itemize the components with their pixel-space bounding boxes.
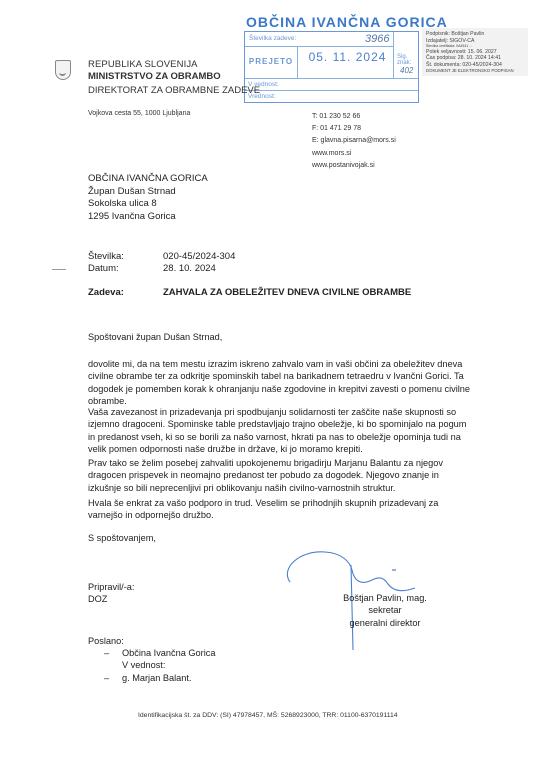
distribution-list: –Občina Ivančna Gorica V vednost: –g. Ma… bbox=[104, 647, 215, 684]
distribution-item-1-text: Občina Ivančna Gorica bbox=[122, 648, 215, 658]
signer-role-1: sekretar bbox=[330, 604, 440, 616]
prepared-label: Pripravil/-a: bbox=[88, 581, 134, 593]
paragraph-3: Prav tako se želim posebej zahvaliti upo… bbox=[88, 457, 473, 494]
paragraph-1: dovolite mi, da na tem mestu izrazim isk… bbox=[88, 358, 473, 407]
received-stamp: Številka zadeve: 3966 PREJETO 05. 11. 20… bbox=[244, 31, 419, 103]
esig-note: DOKUMENT JE ELEKTRONSKO PODPISAN bbox=[426, 68, 524, 75]
stamp-sign-label: Sig. znak: bbox=[397, 54, 418, 66]
distribution-item-1: –Občina Ivančna Gorica bbox=[104, 647, 215, 659]
date-label: Datum: bbox=[88, 263, 124, 275]
distribution-cc-label: V vednost: bbox=[104, 659, 215, 671]
meta-labels: Številka: Datum: bbox=[88, 251, 124, 275]
signer-block: Boštjan Pavlin, mag. sekretar generalni … bbox=[330, 592, 440, 629]
prepared-by: Pripravil/-a: DOZ bbox=[88, 581, 134, 606]
stamp-case-number-label: Številka zadeve: bbox=[249, 35, 296, 42]
signer-name: Boštjan Pavlin, mag. bbox=[330, 592, 440, 604]
number-label: Številka: bbox=[88, 251, 124, 263]
coat-of-arms-icon bbox=[55, 60, 71, 80]
cc-label-text: V vednost: bbox=[122, 660, 165, 670]
distribution-item-2: –g. Marjan Balant. bbox=[104, 672, 215, 684]
contact-phone: T: 01 230 52 66 bbox=[312, 111, 396, 123]
recipient-line-2: Župan Dušan Strnad bbox=[88, 186, 208, 199]
recipient-line-1: OBČINA IVANČNA GORICA bbox=[88, 173, 208, 186]
subject-value: ZAHVALA ZA OBELEŽITEV DNEVA CIVILNE OBRA… bbox=[163, 287, 411, 298]
signer-role-2: generalni direktor bbox=[330, 617, 440, 629]
salutation: Spoštovani župan Dušan Strnad, bbox=[88, 331, 473, 343]
prepared-value: DOZ bbox=[88, 593, 134, 605]
esig-doc-number: Št. dokumenta: 020-45/2024-304 bbox=[426, 62, 524, 69]
esig-signed-at: Čas podpisa: 28. 10. 2024 14:41 bbox=[426, 55, 524, 62]
stamp-sign-value: 402 bbox=[400, 66, 413, 75]
distribution-label: Poslano: bbox=[88, 635, 124, 647]
recipient-line-4: 1295 Ivančna Gorica bbox=[88, 211, 208, 224]
paragraph-4: Hvala še enkrat za vašo podporo in trud.… bbox=[88, 497, 473, 522]
date-value: 28. 10. 2024 bbox=[163, 263, 235, 275]
recipient-line-3: Sokolska ulica 8 bbox=[88, 198, 208, 211]
stamp-received-date: 05. 11. 2024 bbox=[300, 50, 395, 64]
stamp-received-label: PREJETO bbox=[245, 46, 298, 78]
letterhead-directorate: DIREKTORAT ZA OBRAMBNE ZADEVE bbox=[88, 85, 260, 96]
number-value: 020-45/2024-304 bbox=[163, 251, 235, 263]
esig-signer: Podpisnik: Boštjan Pavlin bbox=[426, 31, 524, 38]
electronic-signature-box: Podpisnik: Boštjan Pavlin Izdajatelj: SI… bbox=[422, 28, 528, 76]
meta-values: 020-45/2024-304 28. 10. 2024 bbox=[163, 251, 235, 275]
stamp-cc-row-2: Vrednost: bbox=[245, 90, 418, 103]
letterhead-ministry: MINISTRSTVO ZA OBRAMBO bbox=[88, 71, 221, 82]
letterhead-republic: REPUBLIKA SLOVENIJA bbox=[88, 59, 198, 70]
fold-mark bbox=[52, 269, 66, 270]
contact-fax: F: 01 471 29 78 bbox=[312, 123, 396, 135]
subject-label: Zadeva: bbox=[88, 287, 124, 298]
dash: – bbox=[104, 672, 122, 684]
contact-web-mors[interactable]: www.mors.si bbox=[312, 148, 396, 160]
letterhead-address: Vojkova cesta 55, 1000 Ljubljana bbox=[88, 110, 190, 117]
contact-email[interactable]: E: glavna.pisarna@mors.si bbox=[312, 135, 396, 147]
stamp-title: OBČINA IVANČNA GORICA bbox=[246, 14, 448, 30]
contact-web-postanivojak[interactable]: www.postanivojak.si bbox=[312, 160, 396, 172]
stamp-case-number: 3966 bbox=[365, 33, 389, 45]
dash: – bbox=[104, 647, 122, 659]
footer-identifiers: Identifikacijska št. za DDV: (SI) 479784… bbox=[138, 712, 398, 719]
paragraph-2: Vaša zavezanost in prizadevanja pri spod… bbox=[88, 406, 473, 455]
recipient-address: OBČINA IVANČNA GORICA Župan Dušan Strnad… bbox=[88, 173, 208, 223]
distribution-item-2-text: g. Marjan Balant. bbox=[122, 673, 191, 683]
contact-block: T: 01 230 52 66 F: 01 471 29 78 E: glavn… bbox=[312, 111, 396, 172]
